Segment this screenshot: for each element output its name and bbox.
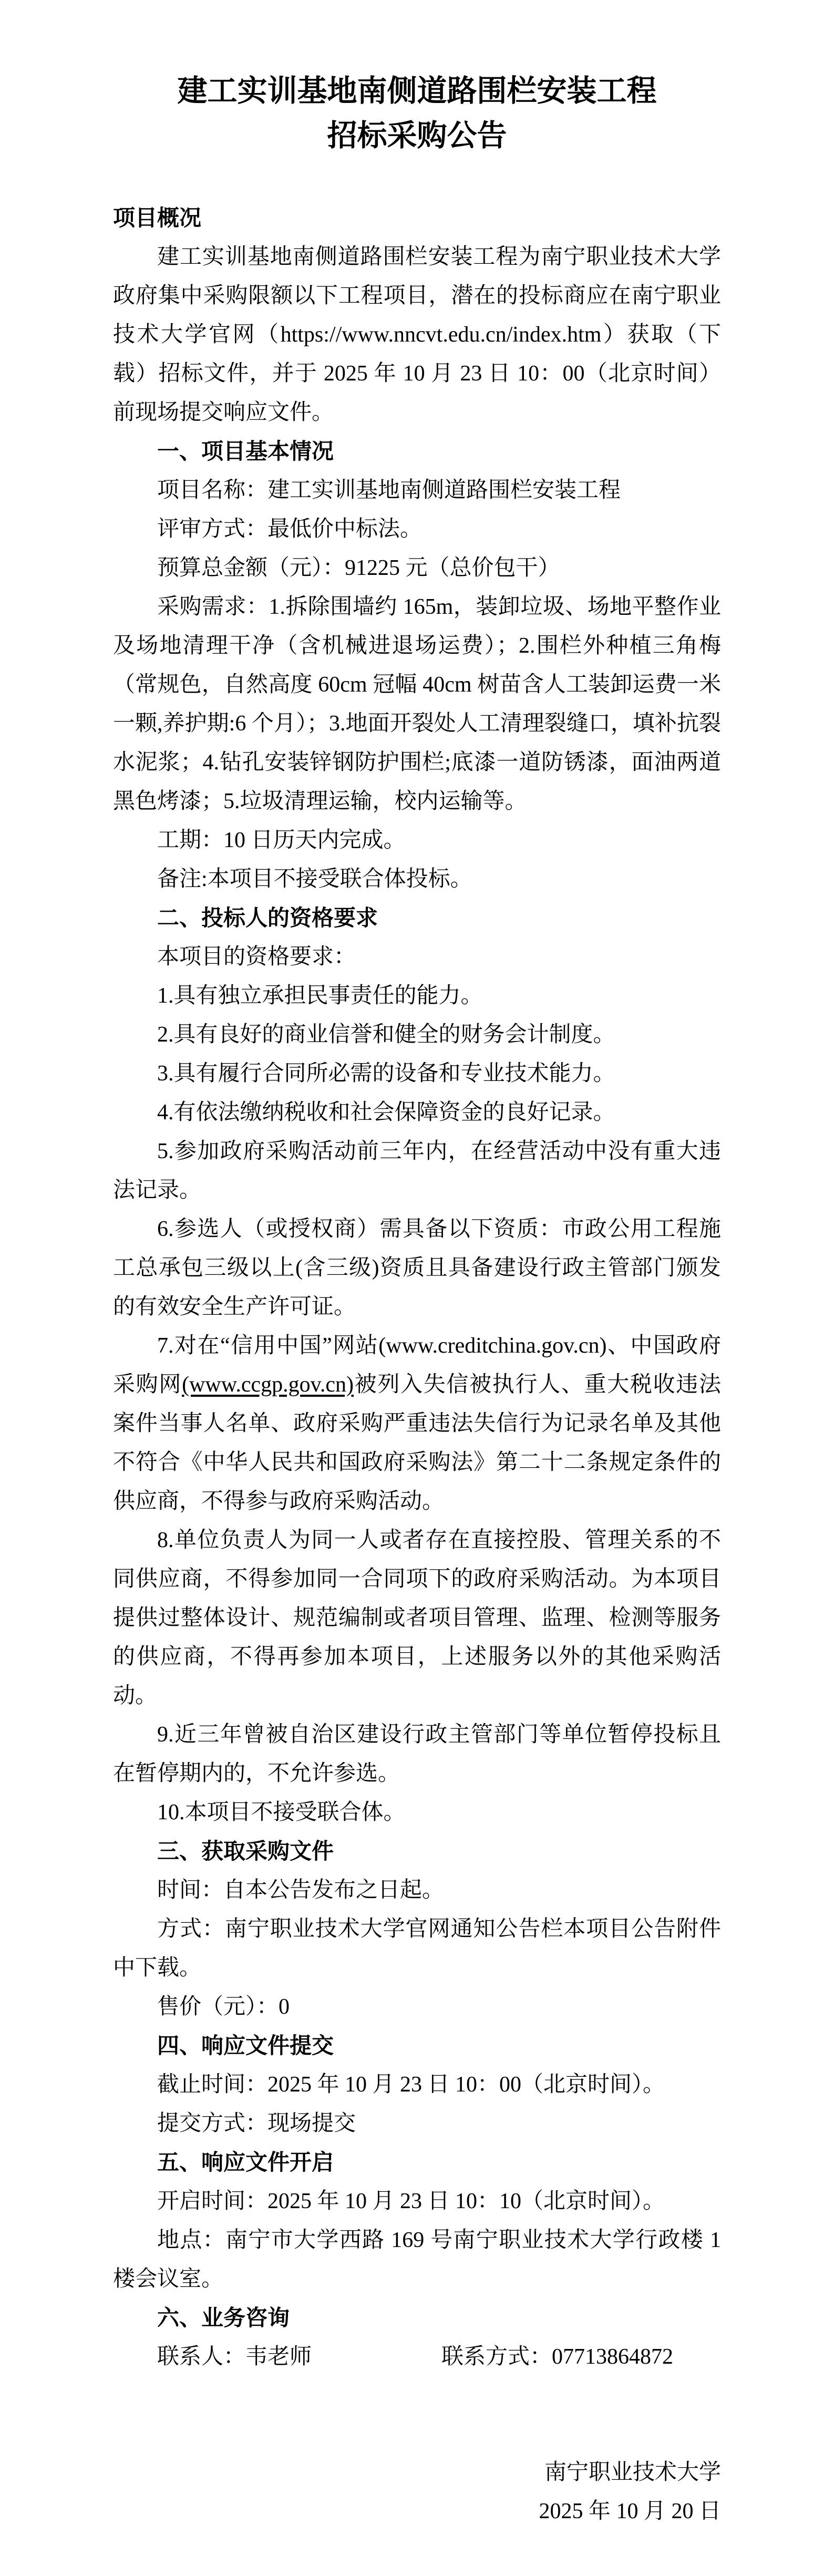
budget-amount: 预算总金额（元）：91225 元（总价包干）	[113, 549, 721, 588]
qualification-item-4: 4.有依法缴纳税收和社会保障资金的良好记录。	[113, 1093, 721, 1132]
qualification-item-7: 7.对在“信用中国”网站(www.creditchina.gov.cn)、中国政…	[113, 1326, 721, 1521]
signature-block: 南宁职业技术大学 2025 年 10 月 20 日	[113, 2453, 721, 2531]
document-obtain-time: 时间：自本公告发布之日起。	[113, 1871, 721, 1910]
qualification-item-3: 3.具有履行合同所必需的设备和专业技术能力。	[113, 1054, 721, 1093]
qualification-item-1: 1.具有独立承担民事责任的能力。	[113, 976, 721, 1015]
page-title-line-2: 招标采购公告	[113, 114, 721, 158]
contact-person: 联系人：韦老师	[157, 2345, 312, 2369]
ccgp-website-link[interactable]: (www.ccgp.gov.cn)	[182, 1373, 354, 1397]
section2-heading: 二、投标人的资格要求	[113, 899, 721, 937]
submission-method: 提交方式：现场提交	[113, 2104, 721, 2143]
project-note: 备注:本项目不接受联合体投标。	[113, 860, 721, 899]
project-overview-label: 项目概况	[113, 199, 721, 238]
announcement-document: 建工实训基地南侧道路围栏安装工程 招标采购公告 项目概况 建工实训基地南侧道路围…	[0, 0, 834, 2576]
section6-heading: 六、业务咨询	[113, 2299, 721, 2337]
page-title-line-1: 建工实训基地南侧道路围栏安装工程	[113, 69, 721, 114]
issuing-organization: 南宁职业技术大学	[113, 2453, 721, 2492]
section1-heading: 一、项目基本情况	[113, 432, 721, 471]
opening-location: 地点：南宁市大学西路 169 号南宁职业技术大学行政楼 1 楼会议室。	[113, 2221, 721, 2299]
qualification-intro: 本项目的资格要求：	[113, 937, 721, 976]
project-name: 项目名称：建工实训基地南侧道路围栏安装工程	[113, 471, 721, 510]
construction-duration: 工期：10 日历天内完成。	[113, 821, 721, 860]
contact-row: 联系人：韦老师联系方式：07713864872	[113, 2337, 721, 2376]
document-price: 售价（元）：0	[113, 1987, 721, 2026]
document-obtain-method: 方式：南宁职业技术大学官网通知公告栏本项目公告附件中下载。	[113, 1910, 721, 1987]
qualification-item-5: 5.参加政府采购活动前三年内，在经营活动中没有重大违法记录。	[113, 1132, 721, 1210]
page-title: 建工实训基地南侧道路围栏安装工程 招标采购公告	[113, 69, 721, 158]
issue-date: 2025 年 10 月 20 日	[113, 2492, 721, 2531]
section5-heading: 五、响应文件开启	[113, 2143, 721, 2182]
procurement-requirements: 采购需求：1.拆除围墙约 165m，装卸垃圾、场地平整作业及场地清理干净（含机械…	[113, 588, 721, 821]
qualification-item-6: 6.参选人（或授权商）需具备以下资质：市政公用工程施工总承包三级以上(含三级)资…	[113, 1210, 721, 1326]
section4-heading: 四、响应文件提交	[113, 2026, 721, 2065]
qualification-item-10: 10.本项目不接受联合体。	[113, 1793, 721, 1832]
qualification-item-2: 2.具有良好的商业信誉和健全的财务会计制度。	[113, 1015, 721, 1054]
contact-method: 联系方式：07713864872	[441, 2345, 673, 2369]
opening-time: 开启时间：2025 年 10 月 23 日 10：10（北京时间）。	[113, 2182, 721, 2221]
qualification-item-8: 8.单位负责人为同一人或者存在直接控股、管理关系的不同供应商，不得参加同一合同项…	[113, 1521, 721, 1715]
review-method: 评审方式：最低价中标法。	[113, 510, 721, 549]
qualification-item-9: 9.近三年曾被自治区建设行政主管部门等单位暂停投标且在暂停期内的，不允许参选。	[113, 1715, 721, 1793]
submission-deadline: 截止时间：2025 年 10 月 23 日 10：00（北京时间）。	[113, 2065, 721, 2104]
section3-heading: 三、获取采购文件	[113, 1832, 721, 1871]
intro-paragraph: 建工实训基地南侧道路围栏安装工程为南宁职业技术大学政府集中采购限额以下工程项目，…	[113, 238, 721, 432]
